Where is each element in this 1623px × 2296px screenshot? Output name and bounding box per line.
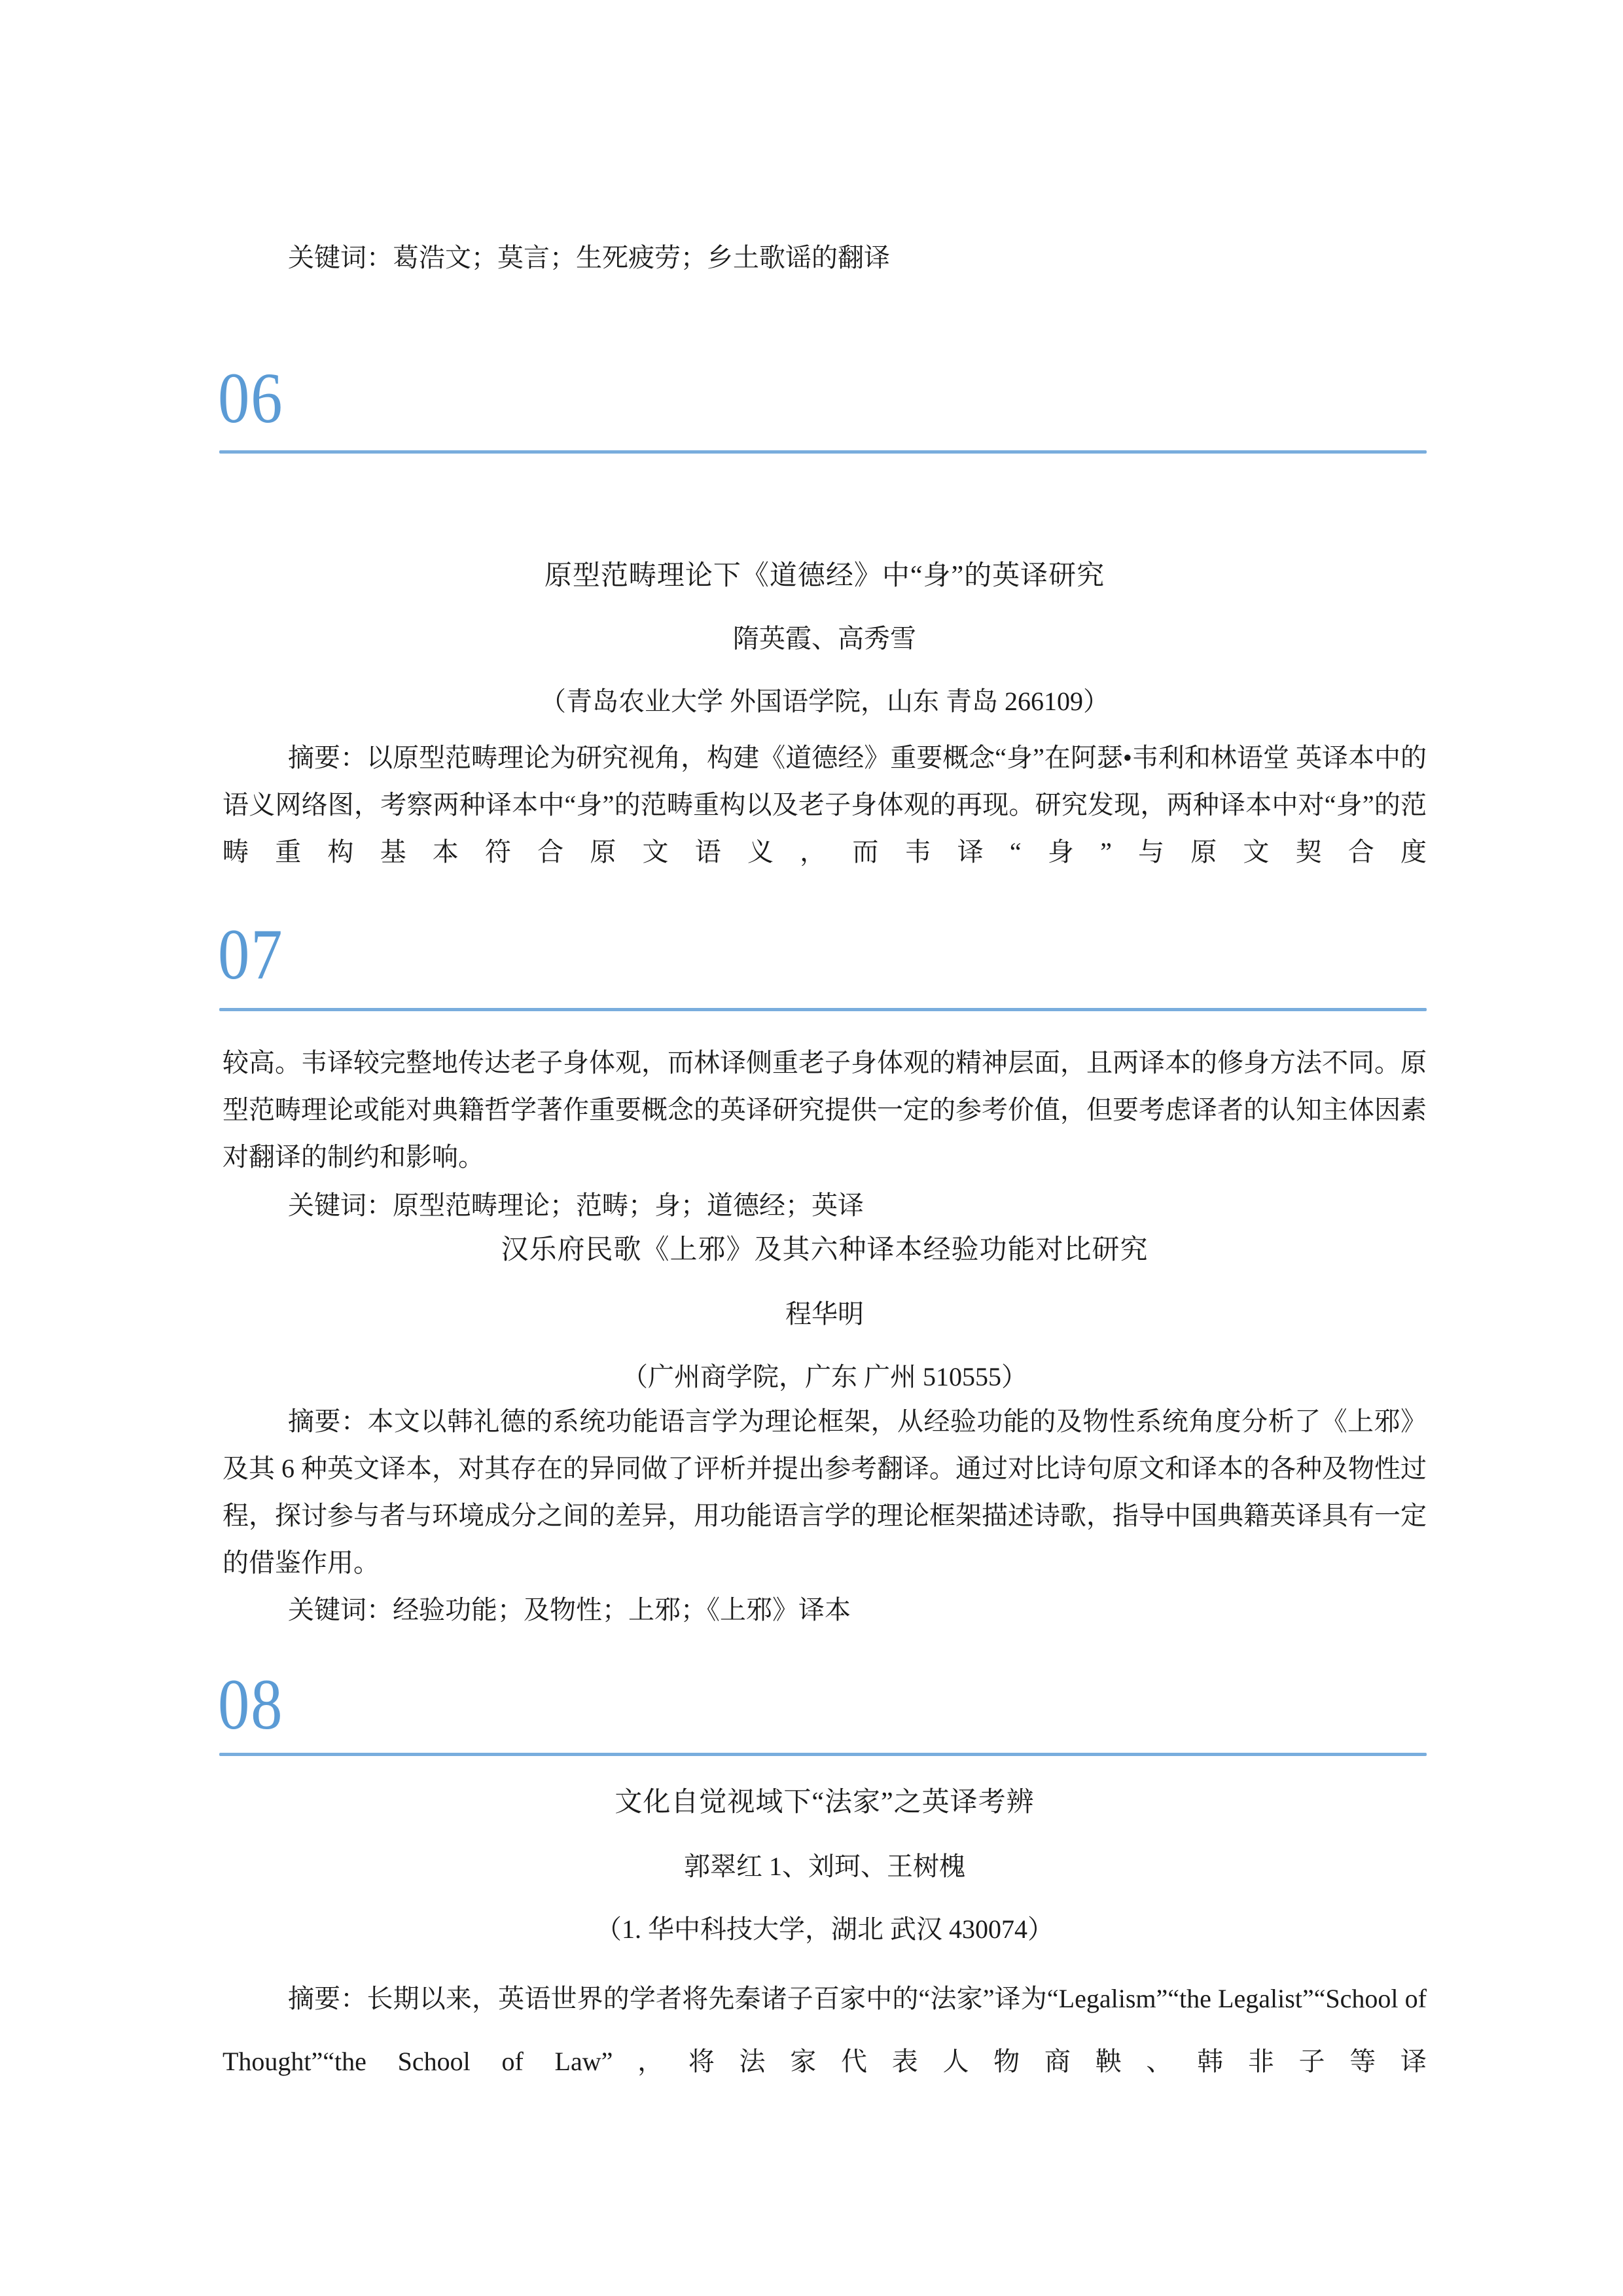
article1-abstract-part1: 摘要：以原型范畴理论为研究视角，构建《道德经》重要概念“身”在阿瑟•韦利和林语堂…	[223, 734, 1427, 876]
section-number-06: 06	[218, 364, 283, 432]
section-rule-07	[219, 1008, 1427, 1011]
article2-affiliation: （广州商学院，广东 广州 510555）	[223, 1361, 1427, 1393]
section-number-07: 07	[218, 920, 283, 988]
document-page: 关键词：葛浩文；莫言；生死疲劳；乡土歌谣的翻译 06 原型范畴理论下《道德经》中…	[0, 0, 1623, 2296]
section-number-08: 08	[218, 1670, 283, 1738]
article2-authors: 程华明	[223, 1299, 1427, 1330]
article2-title: 汉乐府民歌《上邪》及其六种译本经验功能对比研究	[223, 1234, 1427, 1266]
article1-authors: 隋英霞、高秀雪	[223, 623, 1427, 655]
article1-title: 原型范畴理论下《道德经》中“身”的英译研究	[223, 560, 1427, 592]
article3-abstract: 摘要：长期以来，英语世界的学者将先秦诸子百家中的“法家”译为“Legalism”…	[223, 1967, 1427, 2093]
article3-title: 文化自觉视域下“法家”之英译考辨	[223, 1787, 1427, 1818]
article1-keywords: 关键词：原型范畴理论；范畴；身；道德经；英译	[223, 1182, 1427, 1229]
article1-affiliation: （青岛农业大学 外国语学院，山东 青岛 266109）	[223, 686, 1427, 717]
article1-abstract-part2: 较高。韦译较完整地传达老子身体观，而林译侧重老子身体观的精神层面，且两译本的修身…	[223, 1039, 1427, 1181]
article3-affiliation: （1. 华中科技大学，湖北 武汉 430074）	[223, 1914, 1427, 1945]
article3-authors: 郭翠红 1、刘珂、王树槐	[223, 1851, 1427, 1882]
section-rule-08	[219, 1753, 1427, 1756]
article2-keywords: 关键词：经验功能；及物性；上邪；《上邪》译本	[223, 1587, 1427, 1634]
article2-abstract: 摘要：本文以韩礼德的系统功能语言学为理论框架，从经验功能的及物性系统角度分析了《…	[223, 1398, 1427, 1587]
keywords-line-previous-article: 关键词：葛浩文；莫言；生死疲劳；乡土歌谣的翻译	[223, 234, 1427, 281]
section-rule-06	[219, 450, 1427, 454]
